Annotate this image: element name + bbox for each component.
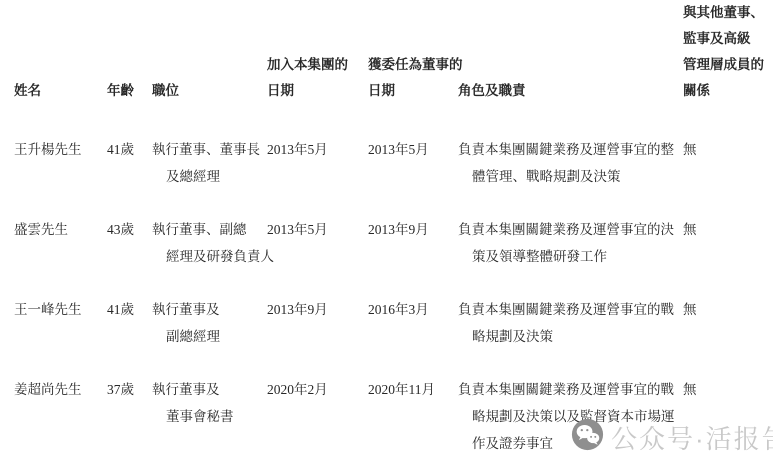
name-cell: 王一峰先生 — [14, 296, 107, 323]
name-cell: 姜超尚先生 — [14, 376, 107, 403]
name-cell: 王升楊先生 — [14, 136, 107, 163]
age-cell: 41歲 — [107, 296, 152, 323]
table-header-row: 姓名 年齡 職位 加入本集團的 日期 獲委任為董事的 日期 角色及職責 與其他董… — [0, 0, 773, 104]
position-cell: 執行董事、董事長 及總經理 — [152, 136, 267, 190]
table-row: 姜超尚先生 37歲 執行董事及 董事會秘書 2020年2月 2020年11月 負… — [0, 376, 773, 457]
roles-cell: 負責本集團關鍵業務及運營事宜的戰 略規劃及決策 — [458, 296, 683, 350]
roles-cell: 負責本集團關鍵業務及運營事宜的戰 略規劃及決策以及監督資本市場運 作及證券事宜 — [458, 376, 683, 457]
name-cell: 盛雲先生 — [14, 216, 107, 243]
relationship-cell: 無 — [683, 296, 759, 323]
table-row: 盛雲先生 43歲 執行董事、副總 經理及研發負責人 2013年5月 2013年9… — [0, 216, 773, 270]
relationship-cell: 無 — [683, 216, 759, 243]
column-header-date-appointed: 獲委任為董事的 日期 — [368, 52, 458, 104]
table-row: 王升楊先生 41歲 執行董事、董事長 及總經理 2013年5月 2013年5月 … — [0, 136, 773, 190]
column-header-roles: 角色及職責 — [458, 78, 683, 104]
age-cell: 37歲 — [107, 376, 152, 403]
position-cell: 執行董事及 董事會秘書 — [152, 376, 267, 430]
date-joined-cell: 2013年5月 — [267, 136, 368, 163]
date-joined-cell: 2013年5月 — [267, 216, 368, 243]
position-cell: 執行董事及 副總經理 — [152, 296, 267, 350]
age-cell: 41歲 — [107, 136, 152, 163]
roles-cell: 負責本集團關鍵業務及運營事宜的決 策及領導整體研發工作 — [458, 216, 683, 270]
date-joined-cell: 2013年9月 — [267, 296, 368, 323]
roles-cell: 負責本集團關鍵業務及運營事宜的整 體管理、戰略規劃及決策 — [458, 136, 683, 190]
document-page: 姓名 年齡 職位 加入本集團的 日期 獲委任為董事的 日期 角色及職責 與其他董… — [0, 0, 773, 461]
date-appointed-cell: 2016年3月 — [368, 296, 458, 323]
column-header-age: 年齡 — [107, 78, 152, 104]
column-header-position: 職位 — [152, 78, 267, 104]
position-cell: 執行董事、副總 經理及研發負責人 — [152, 216, 267, 270]
date-appointed-cell: 2013年9月 — [368, 216, 458, 243]
date-appointed-cell: 2013年5月 — [368, 136, 458, 163]
relationship-cell: 無 — [683, 376, 759, 403]
table-row: 王一峰先生 41歲 執行董事及 副總經理 2013年9月 2016年3月 負責本… — [0, 296, 773, 350]
column-header-name: 姓名 — [14, 78, 107, 104]
table-body: 王升楊先生 41歲 執行董事、董事長 及總經理 2013年5月 2013年5月 … — [0, 136, 773, 457]
date-appointed-cell: 2020年11月 — [368, 376, 458, 403]
column-header-relationship: 與其他董事、 監事及高級 管理層成員的 關係 — [683, 0, 759, 104]
date-joined-cell: 2020年2月 — [267, 376, 368, 403]
age-cell: 43歲 — [107, 216, 152, 243]
column-header-date-joined: 加入本集團的 日期 — [267, 52, 368, 104]
relationship-cell: 無 — [683, 136, 759, 163]
